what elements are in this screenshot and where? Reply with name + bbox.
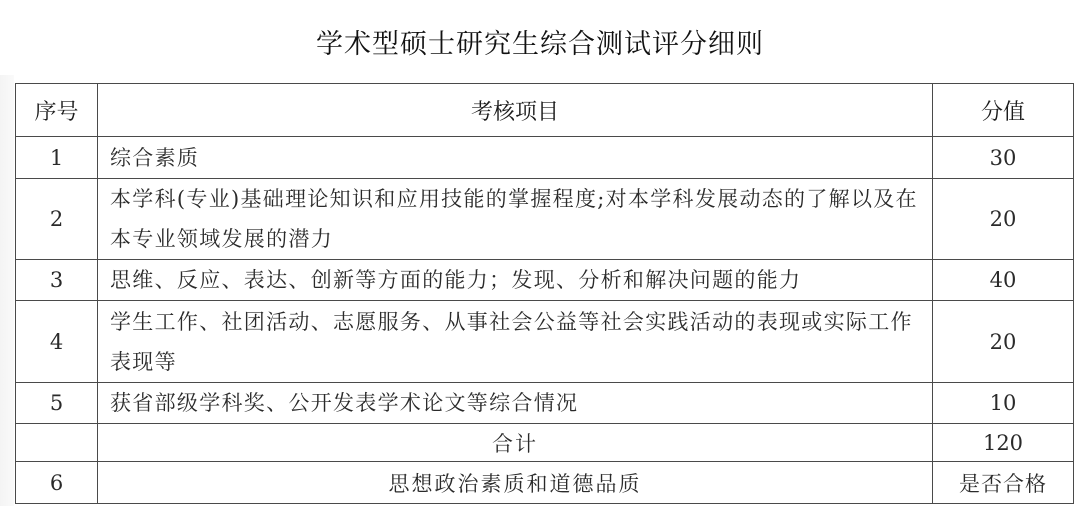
row-index: 5 bbox=[16, 383, 98, 424]
table-row: 5 获省部级学科奖、公开发表学术论文等综合情况 10 bbox=[16, 383, 1074, 424]
row-index: 1 bbox=[16, 137, 98, 179]
row-index: 2 bbox=[16, 179, 98, 260]
header-index: 序号 bbox=[16, 84, 98, 137]
row-score: 30 bbox=[933, 137, 1074, 179]
row-item: 获省部级学科奖、公开发表学术论文等综合情况 bbox=[98, 383, 933, 424]
row-score: 40 bbox=[933, 260, 1074, 301]
row-index: 6 bbox=[16, 462, 98, 504]
total-index bbox=[16, 424, 98, 462]
header-item: 考核项目 bbox=[98, 84, 933, 137]
scoring-table: 序号 考核项目 分值 1 综合素质 30 2 本学科(专业)基础理论知识和应用技… bbox=[15, 83, 1074, 504]
row-item: 思维、反应、表达、创新等方面的能力；发现、分析和解决问题的能力 bbox=[98, 260, 933, 301]
row-score: 20 bbox=[933, 179, 1074, 260]
table-row: 1 综合素质 30 bbox=[16, 137, 1074, 179]
row-item: 本学科(专业)基础理论知识和应用技能的掌握程度;对本学科发展动态的了解以及在本专… bbox=[98, 179, 933, 260]
total-score: 120 bbox=[933, 424, 1074, 462]
table-header-row: 序号 考核项目 分值 bbox=[16, 84, 1074, 137]
table-row: 4 学生工作、社团活动、志愿服务、从事社会公益等社会实践活动的表现或实际工作表现… bbox=[16, 301, 1074, 383]
row-score: 10 bbox=[933, 383, 1074, 424]
header-score: 分值 bbox=[933, 84, 1074, 137]
table-row: 2 本学科(专业)基础理论知识和应用技能的掌握程度;对本学科发展动态的了解以及在… bbox=[16, 179, 1074, 260]
row-score: 是否合格 bbox=[933, 462, 1074, 504]
row-item: 思想政治素质和道德品质 bbox=[98, 462, 933, 504]
total-row: 合计 120 bbox=[16, 424, 1074, 462]
row-index: 4 bbox=[16, 301, 98, 383]
document-title: 学术型硕士研究生综合测试评分细则 bbox=[0, 22, 1080, 61]
row-item: 综合素质 bbox=[98, 137, 933, 179]
total-label: 合计 bbox=[98, 424, 933, 462]
table-row: 6 思想政治素质和道德品质 是否合格 bbox=[16, 462, 1074, 504]
page-edge-shadow bbox=[0, 75, 14, 506]
table-row: 3 思维、反应、表达、创新等方面的能力；发现、分析和解决问题的能力 40 bbox=[16, 260, 1074, 301]
row-item: 学生工作、社团活动、志愿服务、从事社会公益等社会实践活动的表现或实际工作表现等 bbox=[98, 301, 933, 383]
row-score: 20 bbox=[933, 301, 1074, 383]
row-index: 3 bbox=[16, 260, 98, 301]
